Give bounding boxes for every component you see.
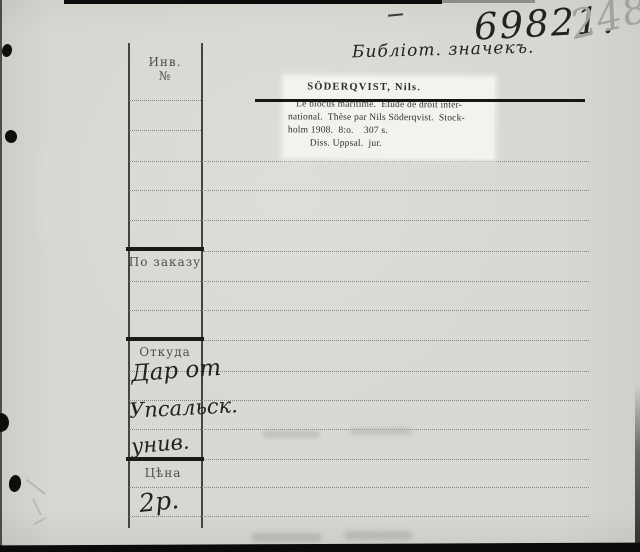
ruled-line [129,487,589,488]
ruled-line [203,459,589,460]
ruled-line [129,516,589,517]
ruled-line [129,281,589,282]
scan-edge-left [0,0,2,552]
ruled-line [129,190,589,191]
pencil-scuff [32,498,42,515]
section-divider [126,247,204,251]
bleed-through-smudge [252,533,322,542]
ink-blob [8,474,23,493]
scan-edge-bottom [0,543,640,552]
ink-blob [0,413,9,432]
ink-blob [1,43,13,58]
bleed-through-smudge [262,431,320,438]
field-label-inventory-line1: Инв. [130,55,200,69]
column-rule-right [201,43,203,528]
ruled-line [129,130,201,131]
slip-author-heading: SÖDERQVIST, Nils. [307,81,494,93]
ruled-line [129,220,589,221]
bleed-through-smudge [344,531,412,540]
price-value: 2р. [138,485,181,518]
library-accession-card: Библіот. значекъ. 69821. 248 Инв. № По з… [0,0,640,552]
pen-dash-mark [388,13,403,17]
field-label-by-order: По заказу [128,255,202,269]
ink-blob [4,129,18,144]
slip-text-line: Diss. Uppsal. jur. [310,137,494,151]
origin-value-line2: Упсальск. [128,393,238,423]
ruled-line [129,100,201,101]
ruled-line [129,310,589,311]
heading-underline-rule [255,99,585,102]
ruled-line [129,161,589,162]
pencil-scuff [33,517,46,526]
field-label-price: Цѣна [128,466,198,480]
scan-edge-top [64,0,442,4]
bleed-through-smudge [350,428,412,435]
pencil-scuff [26,479,46,495]
field-label-inventory: Инв. № [130,55,200,83]
ruled-line [203,340,589,341]
column-rule-left [128,43,130,528]
catalog-slip: SÖDERQVIST, Nils. Le blocus maritime. Ét… [284,76,495,158]
scan-edge-right [635,385,640,552]
pencil-number: 248 [566,0,640,49]
origin-value-line1: Дар от [130,355,222,387]
section-divider [126,337,204,341]
origin-value-line3: унив. [130,429,190,458]
ruled-line [203,251,589,252]
field-label-inventory-line2: № [130,69,200,83]
